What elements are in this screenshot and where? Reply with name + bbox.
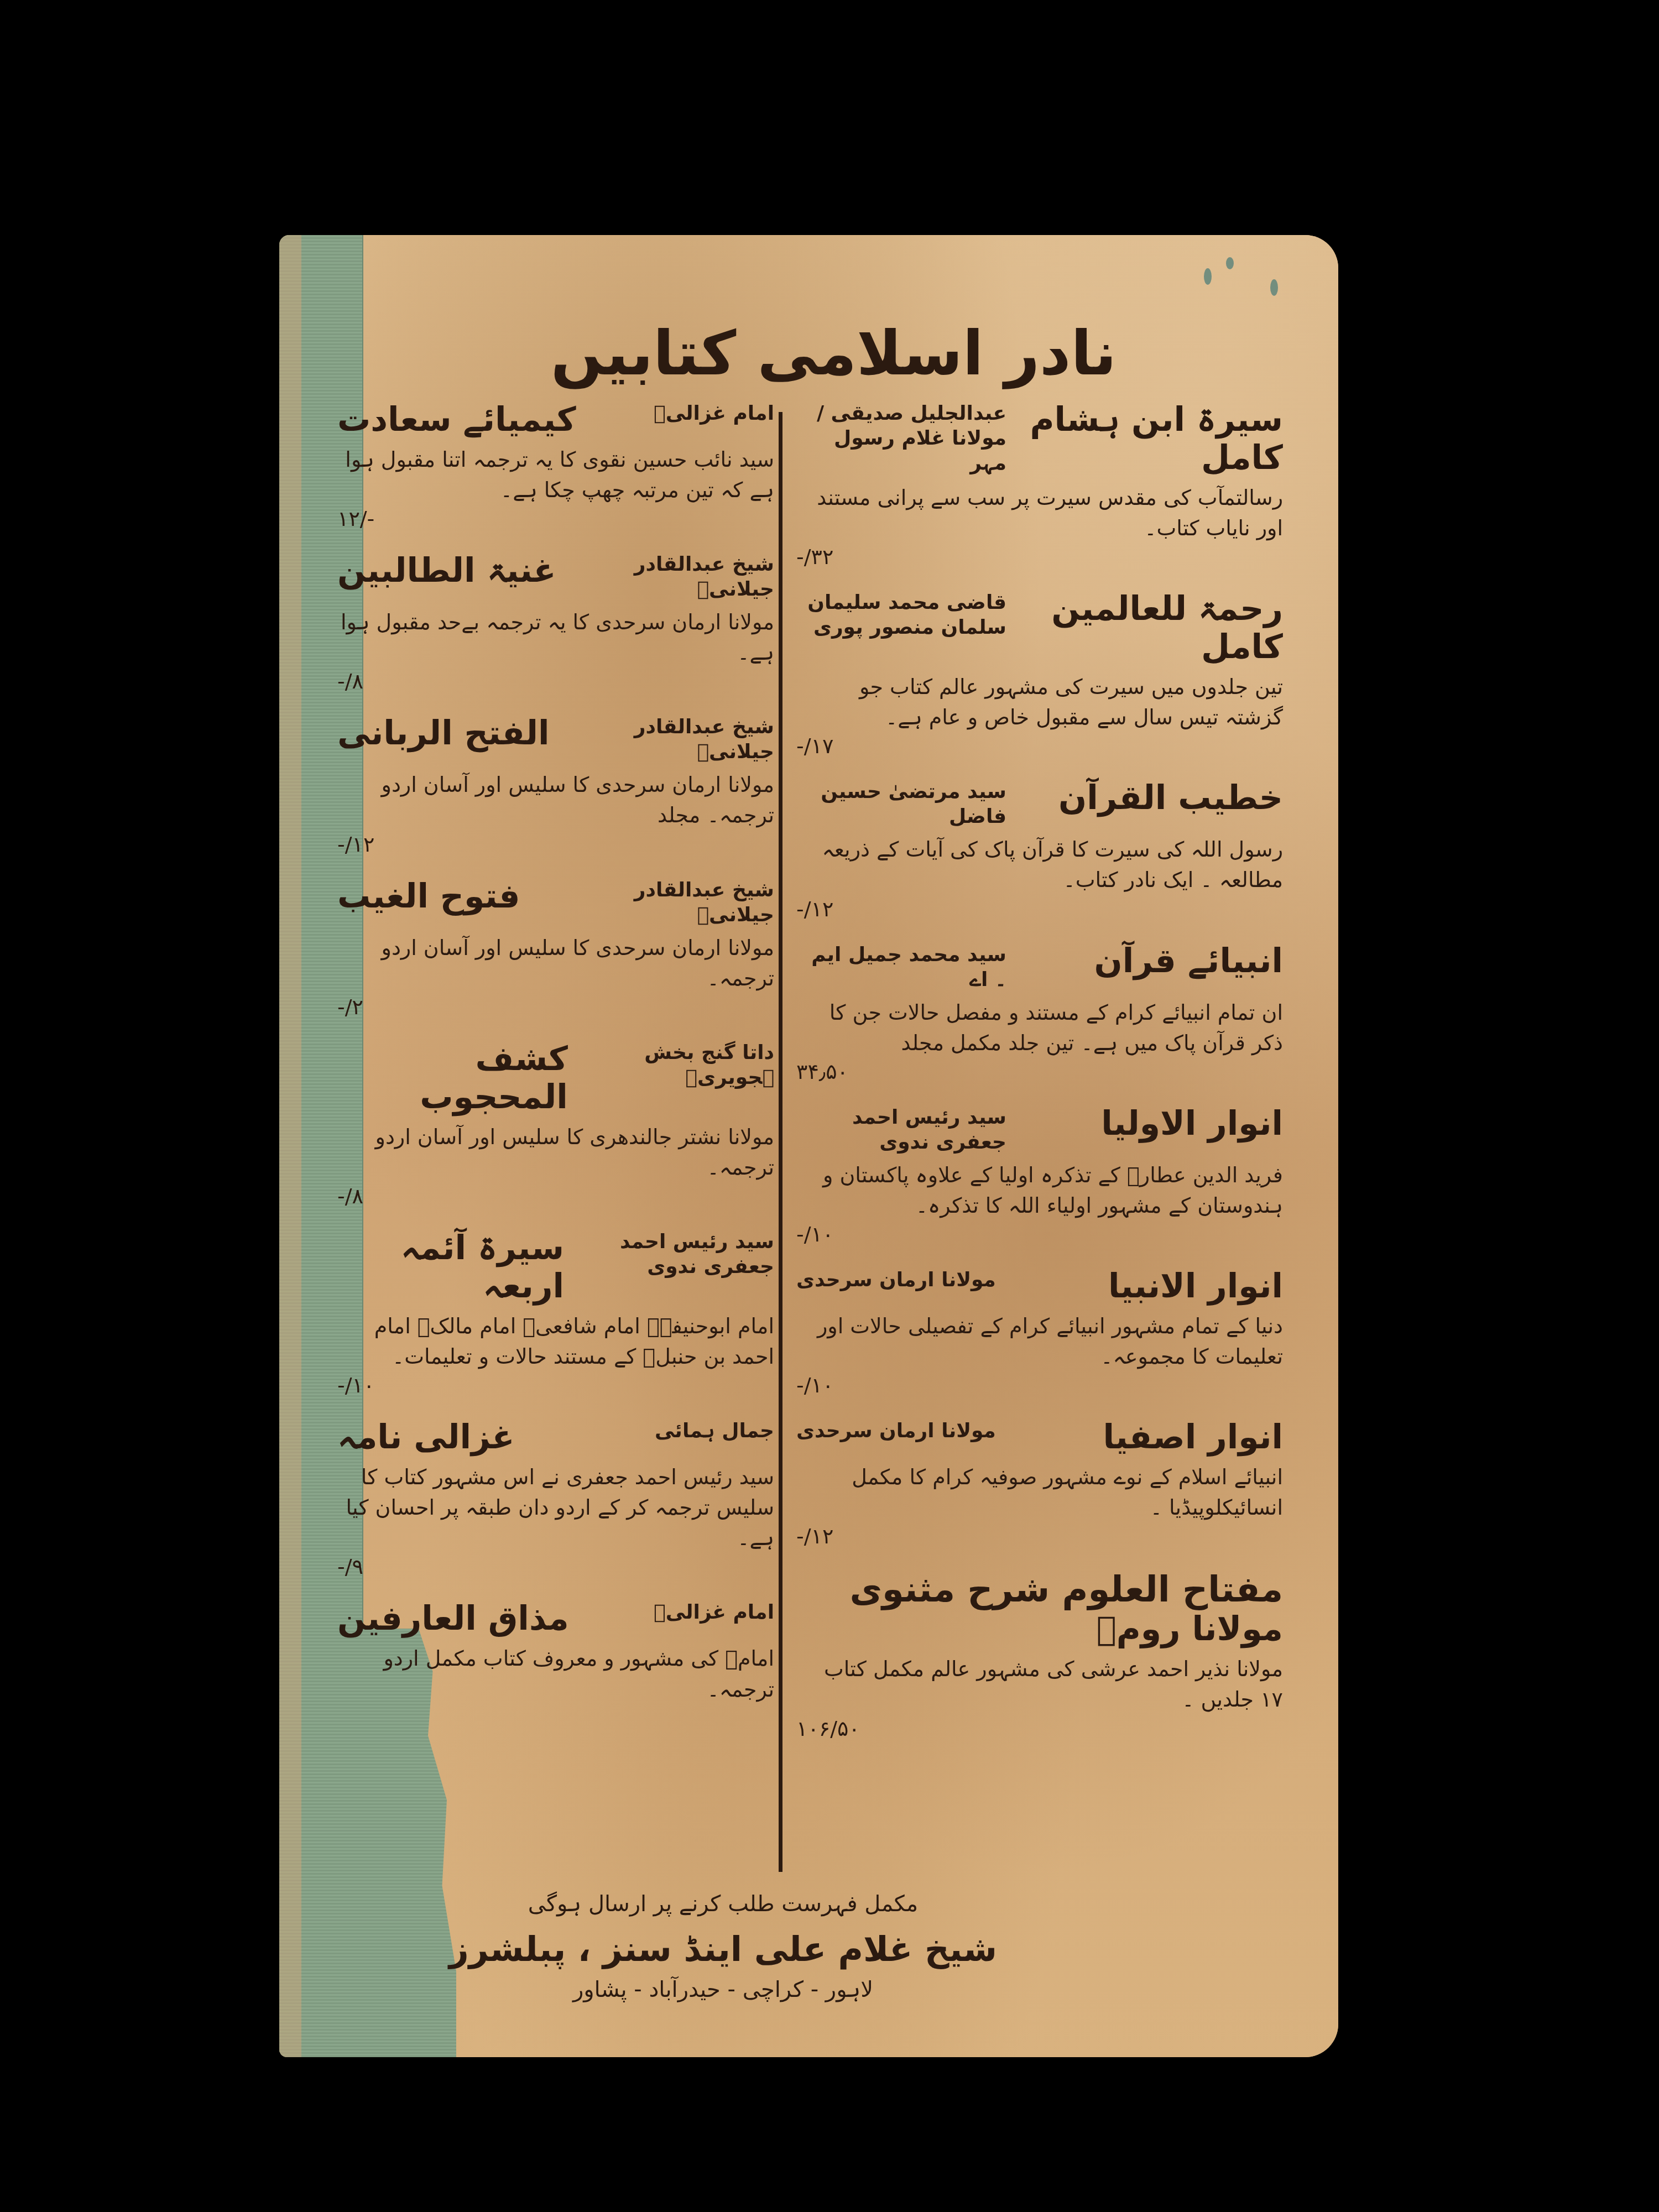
book-title: مفتاح العلوم شرح مثنوی	[796, 1569, 1283, 1610]
book-entry: جمال ہمائی غزالی نامہ سید رئیس احمد جعفر…	[337, 1418, 774, 1579]
publisher-name: شیخ غلام علی اینڈ سنز ، پبلشرز	[384, 1929, 1062, 1969]
book-entry: انبیائے قرآن سید محمد جمیل ایم ۔ اے ان ت…	[796, 942, 1283, 1084]
book-description: مولانا ارمان سرحدی کا یہ ترجمہ بےحد مقبو…	[337, 607, 774, 668]
book-author: مولانا ارمان سرحدی	[796, 1267, 996, 1292]
book-entry: انوار الاولیا سید رئیس احمد جعفری ندوی ف…	[796, 1105, 1283, 1246]
book-author: شیخ عبدالقادر جیلانیؒ	[564, 714, 774, 764]
book-title: انوار الانبیا	[1108, 1267, 1283, 1306]
book-description: رسالتمآب کی مقدس سیرت پر سب سے پرانی مست…	[796, 483, 1283, 544]
book-author: سید محمد جمیل ایم ۔ اے	[796, 942, 1006, 992]
book-description: امام ابوحنیفہؒ امام شافعیؒ امام مالکؒ ام…	[337, 1311, 774, 1372]
book-description: مولانا ارمان سرحدی کا سلیس اور آسان اردو…	[337, 933, 774, 994]
book-back-cover: نادر اسلامی کتابیں سیرۃ ابن ہشام کامل عب…	[279, 235, 1338, 2057]
book-subtitle: مولانا رومؒ	[796, 1610, 1283, 1648]
book-author: قاضی محمد سلیمان سلمان منصور پوری	[796, 590, 1006, 640]
book-entry: امام غزالیؒ کیمیائے سعادت سید نائب حسین …	[337, 401, 774, 531]
book-author: سید مرتضیٰ حسین فاضل	[796, 779, 1006, 829]
book-author: جمال ہمائی	[655, 1418, 774, 1443]
book-entry: سیرۃ ابن ہشام کامل عبدالجلیل صدیقی / مول…	[796, 401, 1283, 569]
book-description: مولانا ارمان سرحدی کا سلیس اور آسان اردو…	[337, 770, 774, 831]
book-title: غنیۃ الطالبین	[337, 552, 556, 590]
book-entry: امام غزالیؒ مذاق العارفین امامؒ کی مشہور…	[337, 1600, 774, 1704]
book-title: غزالی نامہ	[337, 1418, 514, 1457]
book-price: -/۱۲	[796, 1524, 1283, 1548]
book-author: امام غزالیؒ	[654, 401, 774, 426]
book-description: سید رئیس احمد جعفری نے اس مشہور کتاب کا …	[337, 1462, 774, 1553]
catalog-note: مکمل فہرست طلب کرنے پر ارسال ہوگی	[384, 1891, 1062, 1917]
column-divider	[779, 412, 782, 1872]
publisher-cities: لاہور - کراچی - حیدرآباد - پشاور	[384, 1977, 1062, 2002]
publisher-footer: مکمل فہرست طلب کرنے پر ارسال ہوگی شیخ غل…	[384, 1891, 1062, 2002]
book-entry: رحمۃ للعالمین کامل قاضی محمد سلیمان سلما…	[796, 590, 1283, 758]
book-description: سید نائب حسین نقوی کا یہ ترجمہ اتنا مقبو…	[337, 445, 774, 505]
book-title: کیمیائے سعادت	[337, 401, 576, 439]
book-description: ان تمام انبیائے کرام کے مستند و مفصل حال…	[796, 998, 1283, 1058]
book-price: -/۱۷	[796, 734, 1283, 758]
book-entry: انوار اصفیا مولانا ارمان سرحدی انبیائے ا…	[796, 1418, 1283, 1548]
book-price: -/۱۰	[796, 1373, 1283, 1397]
book-entry: داتا گنج بخش ہجویریؒ کشف المحجوب مولانا …	[337, 1040, 774, 1208]
book-price: -/۸	[337, 1184, 774, 1208]
book-title: فتوح الغیب	[337, 878, 520, 916]
book-description: امامؒ کی مشہور و معروف کتاب مکمل اردو تر…	[337, 1644, 774, 1704]
book-price: ۱۲/-	[337, 507, 774, 531]
book-price: ۱۰۶/۵۰	[796, 1717, 1283, 1741]
book-title: کشف المحجوب	[337, 1040, 568, 1117]
book-price: -/۲	[337, 995, 774, 1019]
book-price: ۳۴٫۵۰	[796, 1060, 1283, 1084]
book-description: رسول اللہ کی سیرت کا قرآن پاک کی آیات کے…	[796, 834, 1283, 895]
book-description: فرید الدین عطارؒ کے تذکرہ اولیا کے علاوہ…	[796, 1160, 1283, 1221]
book-title: انوار اصفیا	[1103, 1418, 1283, 1457]
page-title: نادر اسلامی کتابیں	[384, 318, 1283, 389]
book-title: انبیائے قرآن	[1094, 942, 1283, 980]
book-title: مذاق العارفین	[337, 1600, 569, 1638]
book-description: انبیائے اسلام کے نوے مشہور صوفیہ کرام کا…	[796, 1462, 1283, 1523]
left-column: امام غزالیؒ کیمیائے سعادت سید نائب حسین …	[337, 401, 774, 1726]
book-entry: مفتاح العلوم شرح مثنوی مولانا رومؒ مولان…	[796, 1569, 1283, 1740]
book-author: امام غزالیؒ	[654, 1600, 774, 1625]
book-price: -/۹	[337, 1554, 774, 1579]
book-description: تین جلدوں میں سیرت کی مشہور عالم کتاب جو…	[796, 672, 1283, 733]
book-title: خطیب القرآن	[1058, 779, 1283, 817]
right-column: سیرۃ ابن ہشام کامل عبدالجلیل صدیقی / مول…	[796, 401, 1283, 1762]
book-price: -/۸	[337, 669, 774, 693]
book-author: سید رئیس احمد جعفری ندوی	[564, 1229, 774, 1279]
book-title: رحمۃ للعالمین کامل	[1006, 590, 1283, 666]
book-price: -/۱۰	[796, 1222, 1283, 1246]
book-author: شیخ عبدالقادر جیلانیؒ	[564, 878, 774, 927]
book-price: -/۱۲	[337, 832, 774, 857]
book-author: سید رئیس احمد جعفری ندوی	[796, 1105, 1006, 1155]
book-price: -/۳۲	[796, 545, 1283, 569]
book-description: دنیا کے تمام مشہور انبیائے کرام کے تفصیل…	[796, 1311, 1283, 1372]
book-author: عبدالجلیل صدیقی / مولانا غلام رسول مہر	[796, 401, 1006, 476]
book-entry: انوار الانبیا مولانا ارمان سرحدی دنیا کے…	[796, 1267, 1283, 1397]
book-author: داتا گنج بخش ہجویریؒ	[568, 1040, 774, 1090]
book-author: شیخ عبدالقادر جیلانیؒ	[564, 552, 774, 602]
book-entry: شیخ عبدالقادر جیلانیؒ غنیۃ الطالبین مولا…	[337, 552, 774, 693]
book-price: -/۱۰	[337, 1373, 774, 1397]
book-entry: خطیب القرآن سید مرتضیٰ حسین فاضل رسول ال…	[796, 779, 1283, 921]
book-description: مولانا نشتر جالندھری کا سلیس اور آسان ار…	[337, 1122, 774, 1183]
book-price: -/۱۲	[796, 897, 1283, 921]
book-description: مولانا نذیر احمد عرشی کی مشہور عالم مکمل…	[796, 1654, 1283, 1715]
book-title: سیرۃ آئمہ اربعہ	[337, 1229, 564, 1306]
advert-page: نادر اسلامی کتابیں سیرۃ ابن ہشام کامل عب…	[384, 235, 1338, 2057]
book-entry: سید رئیس احمد جعفری ندوی سیرۃ آئمہ اربعہ…	[337, 1229, 774, 1397]
book-title: انوار الاولیا	[1101, 1105, 1283, 1143]
spine-edge	[279, 235, 301, 2057]
book-entry: شیخ عبدالقادر جیلانیؒ فتوح الغیب مولانا …	[337, 878, 774, 1019]
book-title: سیرۃ ابن ہشام کامل	[1006, 401, 1283, 477]
book-author: مولانا ارمان سرحدی	[796, 1418, 996, 1443]
book-entry: شیخ عبدالقادر جیلانیؒ الفتح الربانی مولا…	[337, 714, 774, 856]
book-title: الفتح الربانی	[337, 714, 550, 753]
